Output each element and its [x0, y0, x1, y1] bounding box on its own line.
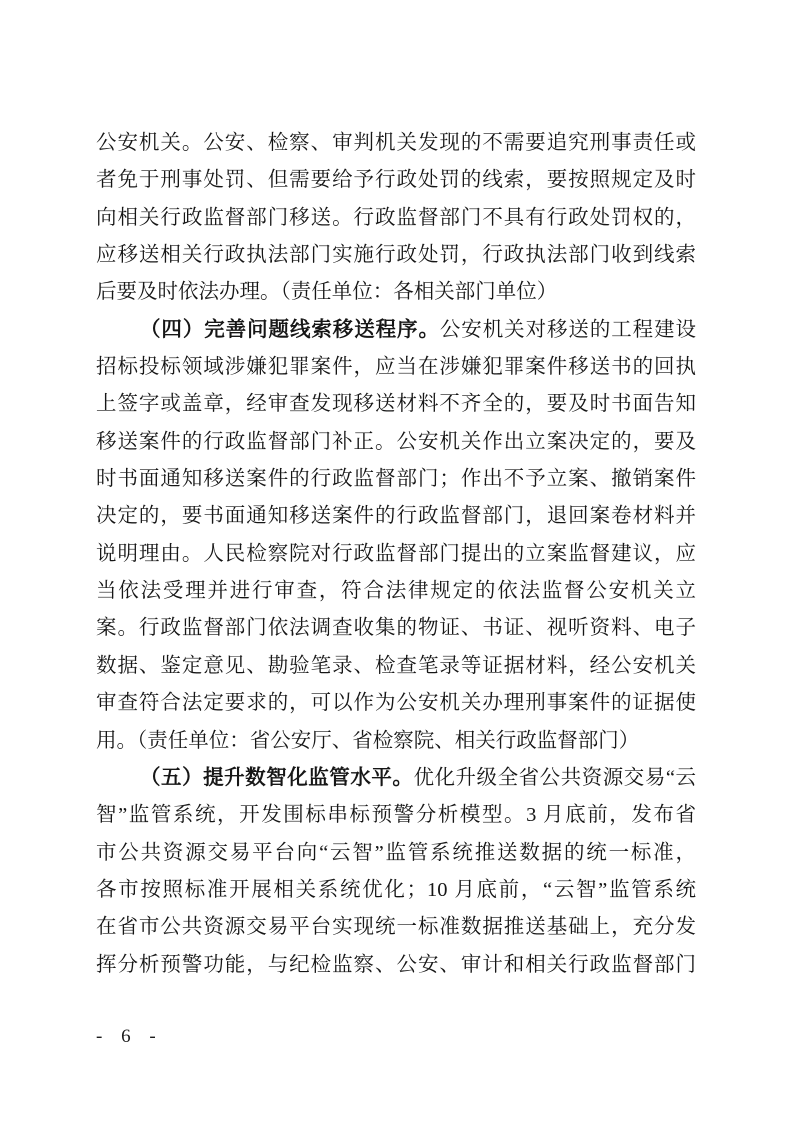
- section-heading-5: （五）提升数智化监管水平。: [140, 767, 413, 789]
- text-line: 市公共资源交易平台向“云智”监管系统推送数据的统一标准，: [96, 835, 696, 872]
- text-line: 智”监管系统，开发围标串标预警分析模型。3 月底前，发布省: [96, 797, 696, 834]
- line-segment: 公安机关对移送的工程建设: [440, 319, 696, 341]
- text-line: 向相关行政监督部门移送。行政监督部门不具有行政处罚权的，: [96, 200, 696, 237]
- text-line: 案。行政监督部门依法调查收集的物证、书证、视听资料、电子: [96, 610, 696, 647]
- text-line: 招标投标领域涉嫌犯罪案件，应当在涉嫌犯罪案件移送书的回执: [96, 349, 696, 386]
- document-body: 公安机关。公安、检察、审判机关发现的不需要追究刑事责任或 者免于刑事处罚、但需要…: [96, 125, 696, 984]
- section-heading-4: （四）完善问题线索移送程序。: [140, 319, 440, 341]
- text-line: 在省市公共资源交易平台实现统一标准数据推送基础上，充分发: [96, 909, 696, 946]
- text-line: 者免于刑事处罚、但需要给予行政处罚的线索，要按照规定及时: [96, 162, 696, 199]
- text-line: 时书面通知移送案件的行政监督部门；作出不予立案、撤销案件: [96, 461, 696, 498]
- text-line: （四）完善问题线索移送程序。公安机关对移送的工程建设: [96, 312, 696, 349]
- text-line: 公安机关。公安、检察、审判机关发现的不需要追究刑事责任或: [96, 125, 696, 162]
- responsibility-unit-note: （责任单位：省公安厅、省检察院、相关行政监督部门）: [137, 730, 639, 752]
- text-line: 后要及时依法办理。（责任单位：各相关部门单位）: [96, 274, 696, 311]
- text-line: 用。（责任单位：省公安厅、省检察院、相关行政监督部门）: [96, 723, 696, 760]
- text-line: 各市按照标准开展相关系统优化；10 月底前，“云智”监管系统: [96, 872, 696, 909]
- text-line: 应移送相关行政执法部门实施行政处罚，行政执法部门收到线索: [96, 237, 696, 274]
- line-segment: 用。: [96, 730, 137, 752]
- text-line: 决定的，要书面通知移送案件的行政监督部门，退回案卷材料并: [96, 498, 696, 535]
- line-segment: 后要及时依法办理。: [96, 281, 281, 303]
- text-line: 当依法受理并进行审查，符合法律规定的依法监督公安机关立: [96, 573, 696, 610]
- text-line: 说明理由。人民检察院对行政监督部门提出的立案监督建议，应: [96, 536, 696, 573]
- text-line: 上签字或盖章，经审查发现移送材料不齐全的，要及时书面告知: [96, 386, 696, 423]
- text-line: 移送案件的行政监督部门补正。公安机关作出立案决定的，要及: [96, 424, 696, 461]
- document-page: 公安机关。公安、检察、审判机关发现的不需要追究刑事责任或 者免于刑事处罚、但需要…: [0, 0, 793, 1122]
- responsibility-unit-note: （责任单位：各相关部门单位）: [281, 281, 558, 303]
- page-number: - 6 -: [96, 1024, 163, 1050]
- text-line: 挥分析预警功能，与纪检监察、公安、审计和相关行政监督部门: [96, 947, 696, 984]
- line-segment: 优化升级全省公共资源交易“云: [413, 767, 696, 789]
- text-line: 数据、鉴定意见、勘验笔录、检查笔录等证据材料，经公安机关: [96, 648, 696, 685]
- text-line: 审查符合法定要求的，可以作为公安机关办理刑事案件的证据使: [96, 685, 696, 722]
- text-line: （五）提升数智化监管水平。优化升级全省公共资源交易“云: [96, 760, 696, 797]
